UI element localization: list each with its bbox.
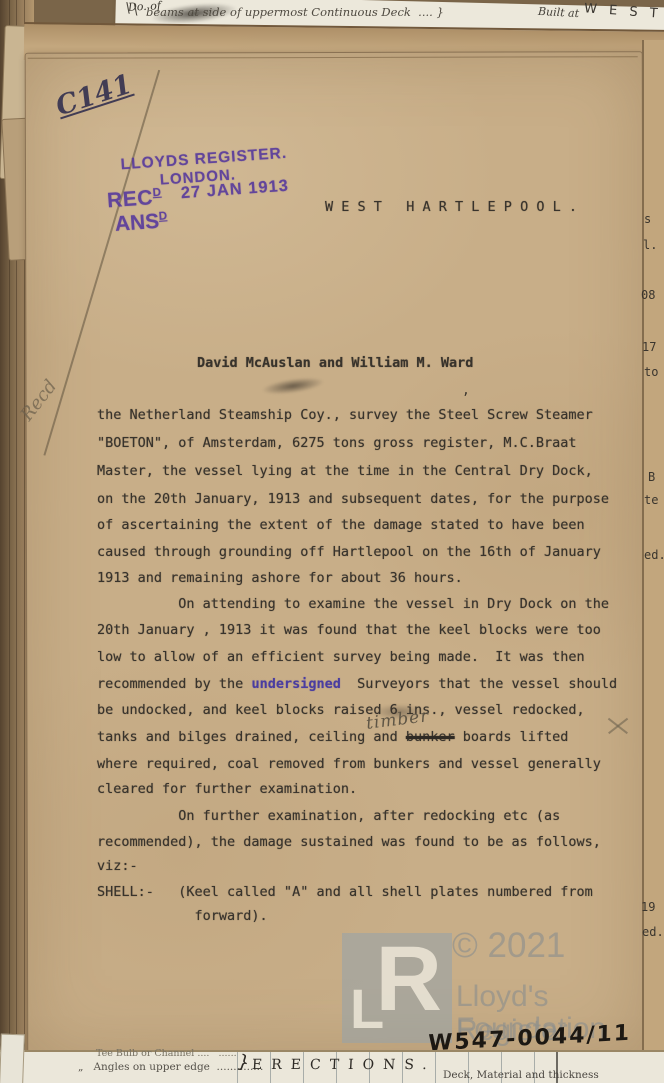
- lr-foundation-logo: L R: [342, 933, 452, 1043]
- deck-material-label: Deck, Material and thickness: [443, 1069, 599, 1081]
- watermark-copyright: © 2021: [452, 926, 565, 966]
- ansd-text: ANS: [114, 210, 160, 236]
- body-text: Surveyors that the vessel should: [341, 676, 617, 692]
- struck-word-bunker: bunker: [406, 729, 455, 745]
- body-line: tanks and bilges drained, ceiling and bu…: [97, 729, 568, 745]
- body-line: viz:-: [97, 858, 138, 874]
- body-line: 1913 and remaining ashore for about 36 h…: [97, 570, 463, 586]
- body-line: where required, coal removed from bunker…: [97, 756, 601, 772]
- closing-brace: }: [436, 5, 443, 19]
- bottom-left-paper-corner: [0, 1034, 25, 1083]
- body-line: cleared for further examination.: [97, 781, 357, 797]
- stray-mark: ,: [462, 383, 470, 398]
- recd-superscript: D: [152, 187, 162, 200]
- body-line: on the 20th January, 1913 and subsequent…: [97, 491, 609, 507]
- body-line: of ascertaining the extent of the damage…: [97, 517, 585, 533]
- body-text: boards lifted: [455, 729, 569, 745]
- pencil-cross-mark: [606, 714, 630, 738]
- lloyds-register-stamp: LLOYDS REGISTER. LONDON. RECD 27 JAN 191…: [100, 132, 327, 255]
- edge-fragment: to: [644, 365, 658, 379]
- edge-fragment: te: [644, 493, 658, 507]
- built-at-label: Built at: [538, 5, 580, 20]
- edge-fragment: l.: [643, 238, 657, 252]
- sheet-top-edge-line: [28, 56, 638, 59]
- shell-section-line: SHELL:- (Keel called "A" and all shell p…: [97, 884, 593, 900]
- page-title: W E S T H A R T L E P O O L .: [325, 199, 577, 215]
- printed-form-text: beams at side of uppermost Continuous De…: [146, 5, 433, 19]
- body-line: On further examination, after redocking …: [97, 808, 560, 824]
- body-line: be undocked, and keel blocks raised 6 in…: [97, 702, 585, 718]
- body-line: 20th January , 1913 it was found that th…: [97, 622, 601, 638]
- body-line: Master, the vessel lying at the time in …: [97, 463, 593, 479]
- scanned-document-page: Do. of \\ beams at side of uppermost Con…: [0, 0, 664, 1083]
- edge-fragment: 19: [641, 900, 655, 914]
- edge-fragment: 17: [642, 340, 656, 354]
- edge-fragment: s: [644, 212, 651, 226]
- ansd-superscript: D: [158, 210, 167, 223]
- edge-fragment: B: [648, 470, 655, 484]
- top-edge-printed-text: beams at side of uppermost Continuous De…: [146, 5, 444, 19]
- body-line: recommended by the undersigned Surveyors…: [97, 676, 617, 692]
- body-text: recommended by the: [97, 676, 251, 692]
- body-line: the Netherland Steamship Coy., survey th…: [97, 407, 593, 423]
- edge-fragment: ed.: [642, 925, 664, 939]
- shell-section-line: forward).: [97, 908, 268, 924]
- body-text: tanks and bilges drained, ceiling and: [97, 729, 406, 745]
- body-line: On attending to examine the vessel in Dr…: [97, 596, 609, 612]
- erections-handwritten: ERECTIONS.: [252, 1057, 437, 1073]
- undersigned-purple-type: undersigned: [251, 676, 340, 692]
- logo-letter-r: R: [376, 927, 442, 1032]
- edge-fragment: ed.: [644, 548, 664, 562]
- body-line: "BOETON", of Amsterdam, 6275 tons gross …: [97, 435, 577, 451]
- recd-text: REC: [106, 186, 153, 212]
- bottom-form-row: Tee Bulb or Channel .... ......: [96, 1048, 237, 1059]
- edge-fragment: 08: [641, 288, 655, 302]
- underlying-page-bottom: Tee Bulb or Channel .... ...... „ Angles…: [0, 1050, 664, 1083]
- body-line: low to allow of an efficient survey bein…: [97, 649, 585, 665]
- body-line: caused through grounding off Hartlepool …: [97, 544, 601, 560]
- stamp-answered-label: ANSD: [114, 209, 168, 237]
- body-line: recommended), the damage sustained was f…: [97, 834, 601, 850]
- surveyors-heading: David McAuslan and William M. Ward: [197, 355, 473, 371]
